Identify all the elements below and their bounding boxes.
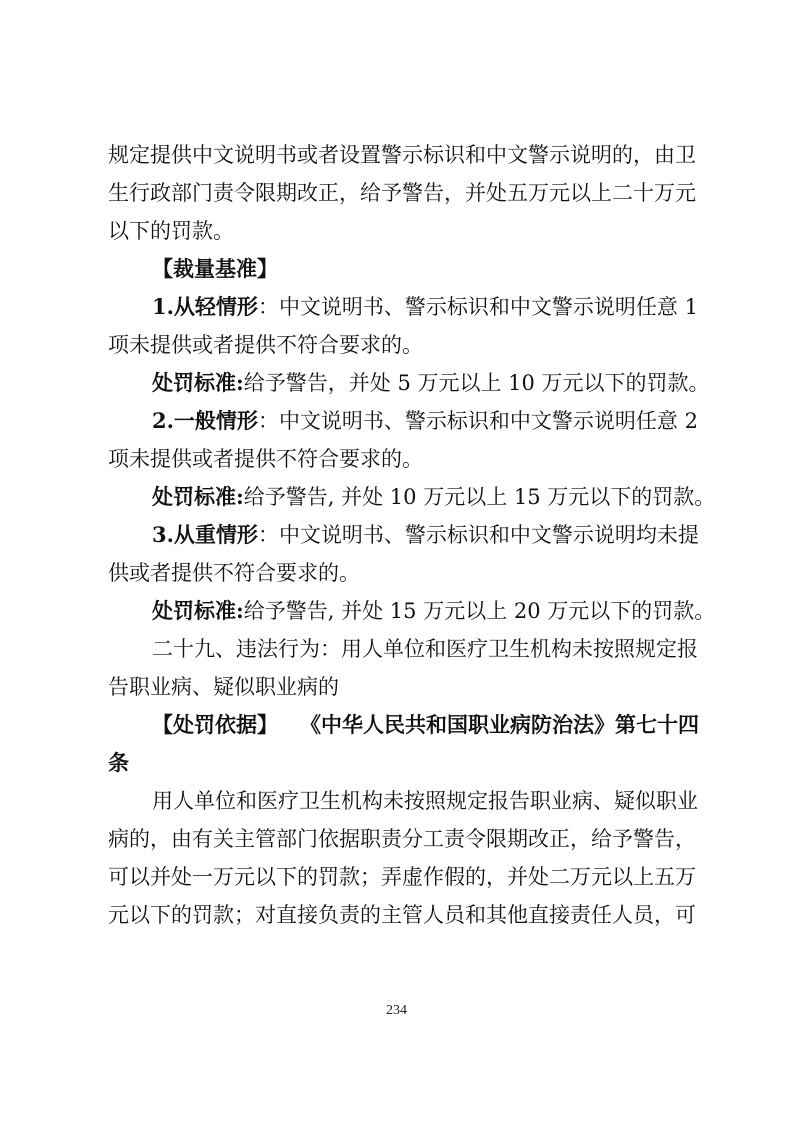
body-text-line: 规定提供中文说明书或者设置警示标识和中文警示说明的，由卫 [108,136,690,174]
case-2-line-1: 2.一般情形：中文说明书、警示标识和中文警示说明任意 2 [108,402,690,440]
case-text: 中文说明书、警示标识和中文警示说明均未提 [279,523,699,547]
penalty-text: 给予警告, 并处 10 万元以上 15 万元以下的罚款。 [244,485,716,509]
basis-paragraph-line: 元以下的罚款；对直接负责的主管人员和其他直接责任人员，可 [108,896,690,934]
body-text-line: 生行政部门责令限期改正，给予警告，并处五万元以上二十万元 [108,174,690,212]
basis-paragraph-line: 可以并处一万元以下的罚款；弄虚作假的，并处二万元以上五万 [108,858,690,896]
basis-heading: 【处罚依据】 [152,712,278,737]
basis-heading-line: 【处罚依据】《中华人民共和国职业病防治法》第七十四 [108,706,690,744]
penalty-text: 给予警告，并处 5 万元以上 10 万元以下的罚款。 [244,371,710,395]
basis-law-line-2: 条 [108,744,690,782]
case-1-penalty: 处罚标准:给予警告，并处 5 万元以上 10 万元以下的罚款。 [108,364,690,402]
case-colon: ： [258,409,279,433]
page-number: 234 [0,1003,793,1019]
case-text: 中文说明书、警示标识和中文警示说明任意 2 [279,409,698,433]
violation-item-line-1: 二十九、违法行为：用人单位和医疗卫生机构未按照规定报 [108,630,690,668]
penalty-label: 处罚标准: [152,370,244,395]
case-text: 中文说明书、警示标识和中文警示说明任意 1 [279,295,698,319]
case-label: 3.从重情形 [152,522,258,547]
case-3-line-1: 3.从重情形：中文说明书、警示标识和中文警示说明均未提 [108,516,690,554]
case-1-line-1: 1.从轻情形：中文说明书、警示标识和中文警示说明任意 1 [108,288,690,326]
basis-paragraph-line: 用人单位和医疗卫生机构未按照规定报告职业病、疑似职业 [108,782,690,820]
case-colon: ： [258,523,279,547]
case-label: 2.一般情形 [152,408,258,433]
discretion-heading: 【裁量基准】 [108,250,690,288]
document-page: 规定提供中文说明书或者设置警示标识和中文警示说明的，由卫 生行政部门责令限期改正… [108,136,690,934]
penalty-text: 给予警告, 并处 15 万元以上 20 万元以下的罚款。 [244,599,716,623]
case-colon: ： [258,295,279,319]
case-label: 1.从轻情形 [152,294,258,319]
body-text-line: 以下的罚款。 [108,212,690,250]
basis-paragraph-line: 病的，由有关主管部门依据职责分工责令限期改正，给予警告， [108,820,690,858]
case-3-line-2: 供或者提供不符合要求的。 [108,554,690,592]
case-2-penalty: 处罚标准:给予警告, 并处 10 万元以上 15 万元以下的罚款。 [108,478,690,516]
violation-item-line-2: 告职业病、疑似职业病的 [108,668,690,706]
penalty-label: 处罚标准: [152,598,244,623]
penalty-label: 处罚标准: [152,484,244,509]
case-3-penalty: 处罚标准:给予警告, 并处 15 万元以上 20 万元以下的罚款。 [108,592,690,630]
case-1-line-2: 项未提供或者提供不符合要求的。 [108,326,690,364]
case-2-line-2: 项未提供或者提供不符合要求的。 [108,440,690,478]
basis-law: 《中华人民共和国职业病防治法》第七十四 [300,712,699,737]
